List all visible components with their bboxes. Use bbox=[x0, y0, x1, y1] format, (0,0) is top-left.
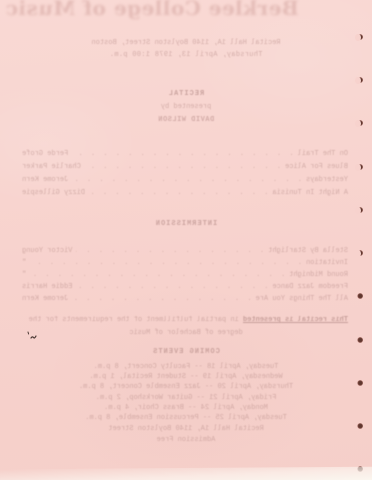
event-line: Friday, April 21 -- Guitar Workshop, 2 p… bbox=[0, 394, 372, 403]
composer-name: Dizzy Gillespie bbox=[22, 189, 85, 198]
coming-events-heading: COMING EVENTS bbox=[0, 348, 372, 357]
college-title: Berklee College of Music bbox=[0, 4, 338, 32]
underlined-note-text: This recital is presented bbox=[243, 316, 348, 324]
composer-name: Jerome Kern bbox=[22, 176, 68, 185]
program-row: On The Trail . . . . . . . . . . . . . .… bbox=[22, 150, 348, 159]
composer-name: Victor Young bbox=[22, 247, 72, 256]
dotted-leader: . . . . . . . . . . . . . . . . . . . . … bbox=[76, 283, 268, 292]
composer-name: Jerome Kern bbox=[22, 295, 68, 304]
recital-heading: RECITAL bbox=[0, 90, 372, 99]
program-row: All The Things You Are . . . . . . . . .… bbox=[22, 295, 348, 304]
punch-hole bbox=[357, 77, 363, 83]
punch-hole bbox=[357, 120, 363, 126]
program-row: Round Midnight . . . . . . . . . . . . .… bbox=[22, 271, 348, 280]
event-line: Tuesday, April 25 -- Percussion Ensemble… bbox=[0, 414, 372, 423]
punch-hole bbox=[357, 423, 363, 429]
ink-check-mark bbox=[26, 330, 40, 342]
program-row: Invitation . . . . . . . . . . . . . . .… bbox=[22, 259, 348, 268]
dotted-leader: . . . . . . . . . . . . . . . . . . . . … bbox=[89, 189, 268, 198]
composer-name: Ferde Grofe bbox=[22, 150, 68, 159]
piece-title: Round Midnight bbox=[289, 271, 348, 280]
punch-hole bbox=[357, 250, 363, 256]
dotted-leader: . . . . . . . . . . . . . . . . . . . . … bbox=[76, 247, 264, 256]
punch-hole bbox=[357, 337, 363, 343]
piece-title: Stella By Starlight bbox=[268, 247, 348, 256]
dotted-leader: . . . . . . . . . . . . . . . . . . . . … bbox=[72, 295, 251, 304]
scanner-page-edge bbox=[0, 467, 372, 480]
piece-title: A Night In Tunisia bbox=[272, 189, 348, 198]
address-line: Recital Hall 1A, 1140 Boylston Street, B… bbox=[0, 39, 372, 48]
piece-title: On The Trail bbox=[298, 150, 348, 159]
dotted-leader: . . . . . . . . . . . . . . . . . . . . … bbox=[30, 259, 302, 268]
event-line: Monday, April 24 -- Brass Choir, 4 p.m. bbox=[0, 404, 372, 413]
dotted-leader: . . . . . . . . . . . . . . . . . . . . … bbox=[72, 176, 302, 185]
intermission-heading: INTERMISSION bbox=[0, 220, 372, 229]
event-line: Recital Hall 1A, 1140 Boylston Street bbox=[0, 425, 372, 434]
program-row: Freedom Jazz Dance . . . . . . . . . . .… bbox=[22, 283, 348, 292]
piece-title: Freedom Jazz Dance bbox=[272, 283, 348, 292]
note-text: in partial fulfillment of the requiremen… bbox=[29, 316, 243, 324]
presented-by-line: presented by bbox=[0, 103, 372, 112]
program-row: Stella By Starlight . . . . . . . . . . … bbox=[22, 247, 348, 256]
piece-title: Blues For Alice bbox=[285, 163, 348, 172]
piece-title: All The Things You Are bbox=[256, 295, 348, 304]
punch-hole bbox=[357, 207, 363, 213]
piece-title: Yesterdays bbox=[306, 176, 348, 185]
punch-hole bbox=[357, 34, 363, 40]
dotted-leader: . . . . . . . . . . . . . . . . . . . . … bbox=[85, 163, 281, 172]
punch-hole bbox=[357, 293, 363, 299]
degree-note-line: This recital is presented in partial ful… bbox=[20, 316, 348, 325]
composer-ditto-mark: " bbox=[22, 259, 26, 268]
scanned-pink-program-page: Berklee College of Music Recital Hall 1A… bbox=[0, 0, 372, 480]
program-row: A Night In Tunisia . . . . . . . . . . .… bbox=[22, 189, 348, 198]
degree-note-line-2: degree of Bachelor of Music bbox=[0, 329, 372, 338]
program-row: Yesterdays . . . . . . . . . . . . . . .… bbox=[22, 176, 348, 185]
piece-title: Invitation bbox=[306, 259, 348, 268]
date-line: Thursday, April 13, 1978 1:00 p.m. bbox=[0, 51, 372, 60]
performer-name: DAVID WILSON bbox=[0, 116, 372, 125]
composer-ditto-mark: " bbox=[22, 271, 26, 280]
composer-name: Charlie Parker bbox=[22, 163, 81, 172]
punch-hole bbox=[357, 380, 363, 386]
event-line: Tuesday, April 18 -- Faculty Concert, 8 … bbox=[0, 363, 372, 372]
bleed-through-text-layer: Berklee College of Music Recital Hall 1A… bbox=[0, 0, 372, 480]
punch-hole bbox=[357, 164, 363, 170]
dotted-leader: . . . . . . . . . . . . . . . . . . . . … bbox=[30, 271, 285, 280]
program-row: Blues For Alice . . . . . . . . . . . . … bbox=[22, 163, 348, 172]
event-line: Admission Free bbox=[0, 436, 372, 445]
event-line: Wednesday, April 19 -- Student Recital, … bbox=[0, 373, 372, 382]
composer-name: Eddie Harris bbox=[22, 283, 72, 292]
event-line: Thursday, April 20 -- Jazz Ensemble Conc… bbox=[0, 383, 372, 392]
dotted-leader: . . . . . . . . . . . . . . . . . . . . … bbox=[72, 150, 293, 159]
